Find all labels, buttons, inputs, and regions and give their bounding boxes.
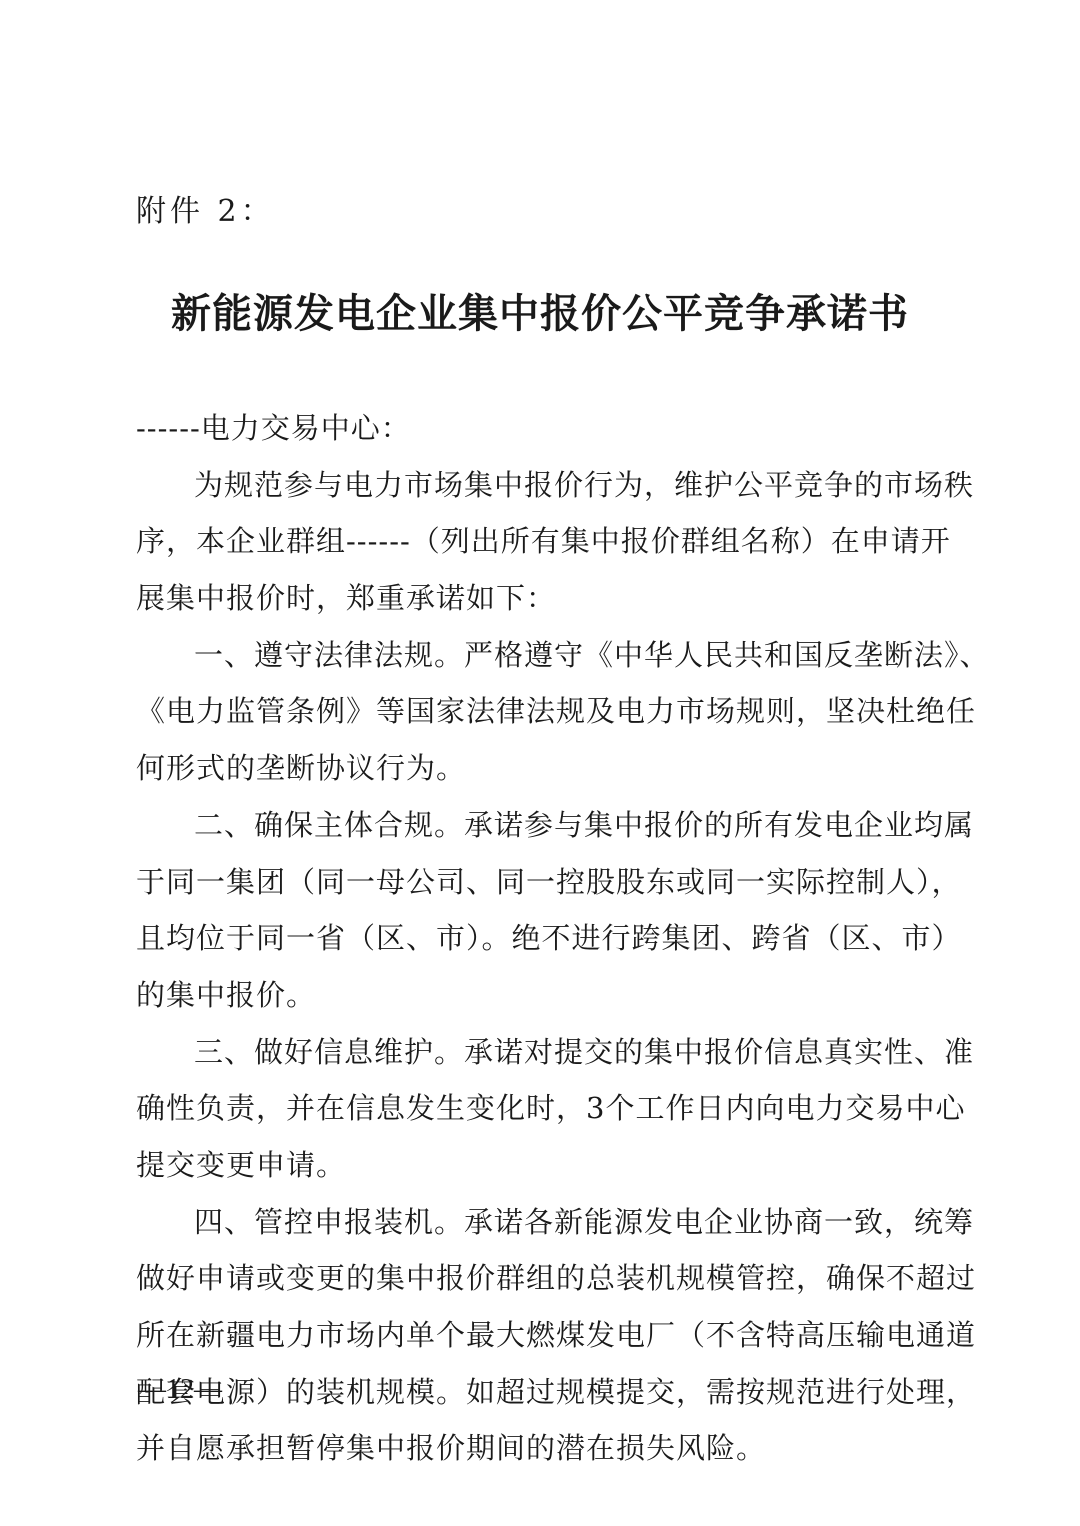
- paragraph-line: 且均位于同一省（区、市）。绝不进行跨集团、跨省（区、市）: [136, 910, 944, 967]
- document-body: ------电力交易中心： 为规范参与电力市场集中报价行为，维护公平竞争的市场秩…: [136, 400, 944, 1477]
- paragraph-line: 于同一集团（同一母公司、同一控股股东或同一实际控制人），: [136, 854, 944, 911]
- paragraph-line: 的集中报价。: [136, 967, 944, 1024]
- document-page: 附件 2： 新能源发电企业集中报价公平竞争承诺书 ------电力交易中心： 为…: [0, 0, 1080, 1526]
- paragraph-line: 配套电源）的装机规模。如超过规模提交，需按规范进行处理，: [136, 1364, 944, 1421]
- attachment-label: 附件 2：: [136, 186, 275, 230]
- document-title: 新能源发电企业集中报价公平竞争承诺书: [0, 282, 1080, 339]
- paragraph-line: 做好申请或变更的集中报价群组的总装机规模管控，确保不超过: [136, 1250, 944, 1307]
- paragraph-line: 二、确保主体合规。承诺参与集中报价的所有发电企业均属: [136, 797, 944, 854]
- page-number: —12—: [138, 1374, 222, 1406]
- paragraph-line: 一、遵守法律法规。严格遵守《中华人民共和国反垄断法》、: [136, 627, 944, 684]
- paragraph-line: 三、做好信息维护。承诺对提交的集中报价信息真实性、准: [136, 1024, 944, 1081]
- paragraph-line: 四、管控申报装机。承诺各新能源发电企业协商一致，统筹: [136, 1194, 944, 1251]
- paragraph-line: 序，本企业群组------（列出所有集中报价群组名称）在申请开: [136, 513, 944, 570]
- paragraph-line: 展集中报价时，郑重承诺如下：: [136, 570, 944, 627]
- paragraph-line: 《电力监管条例》等国家法律法规及电力市场规则，坚决杜绝任: [136, 683, 944, 740]
- paragraph-line: 何形式的垄断协议行为。: [136, 740, 944, 797]
- paragraph-line: 确性负责，并在信息发生变化时，3个工作日内向电力交易中心: [136, 1080, 944, 1137]
- paragraph-line: 所在新疆电力市场内单个最大燃煤发电厂（不含特高压输电通道: [136, 1307, 944, 1364]
- addressee-line: ------电力交易中心：: [136, 400, 944, 457]
- paragraph-line: 并自愿承担暂停集中报价期间的潜在损失风险。: [136, 1420, 944, 1477]
- paragraph-line: 为规范参与电力市场集中报价行为，维护公平竞争的市场秩: [136, 457, 944, 514]
- paragraph-line: 提交变更申请。: [136, 1137, 944, 1194]
